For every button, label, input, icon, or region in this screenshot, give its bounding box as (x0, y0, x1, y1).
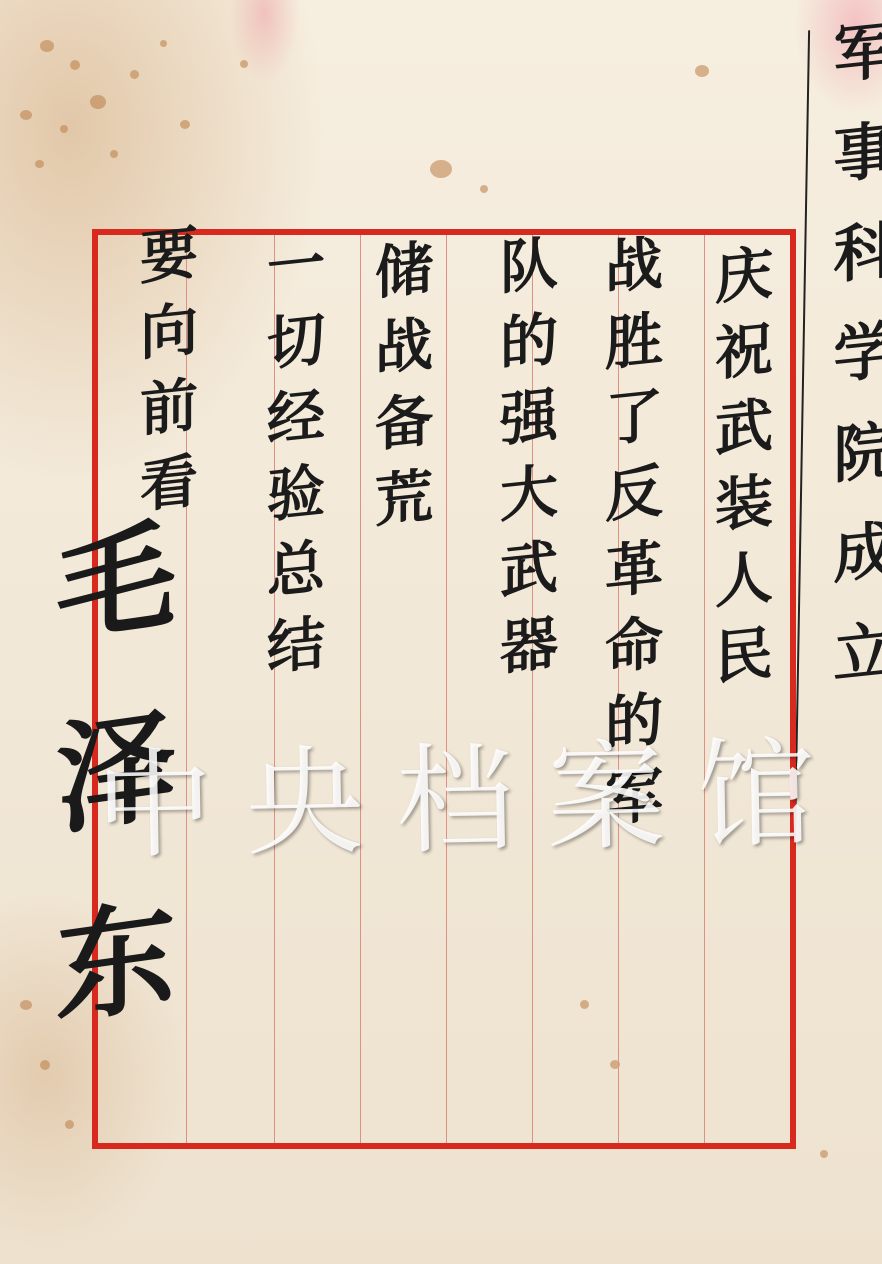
body-column-2: 战胜了反革命的军 (600, 232, 658, 846)
ruling-line (360, 235, 361, 1143)
body-column-3: 队的强大武器 (495, 232, 553, 694)
body-column-1: 庆祝武装人民 (710, 242, 768, 704)
header-inscription: 军事科学院成立 (815, 15, 882, 724)
body-column-4: 储战备荒 (370, 237, 428, 547)
body-column-6: 要向前看 (135, 222, 193, 532)
body-column-5: 一切经验总结 (262, 232, 320, 694)
signature: 毛泽东 (20, 508, 192, 1102)
ruling-line (446, 235, 447, 1143)
